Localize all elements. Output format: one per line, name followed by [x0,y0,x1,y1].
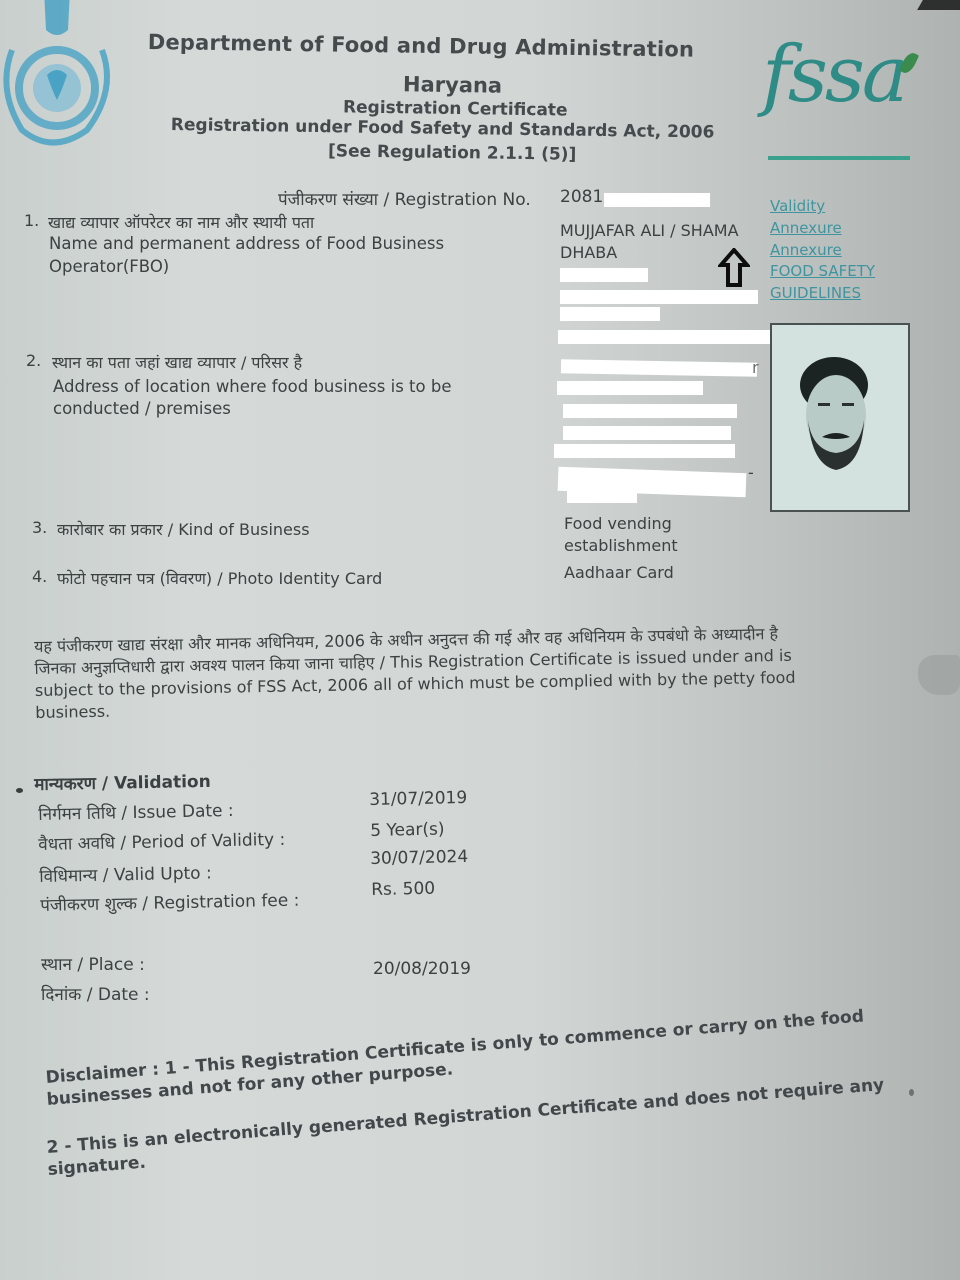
registration-fee-label: पंजीकरण शुल्क / Registration fee : [40,888,300,916]
field-1-label-en: Name and permanent address of Food Busin… [49,234,444,253]
disclaimer-line-1: Disclaimer : 1 - This Registration Certi… [45,1006,865,1087]
fssa-logo: fssa [762,30,905,120]
registration-fee-value: Rs. 500 [371,879,435,900]
redaction-block [567,490,637,503]
redaction-block [604,193,710,207]
redaction-block [560,307,660,321]
fbo-photo [770,323,910,512]
field-4-number: 4. [32,567,47,586]
registration-label: पंजीकरण संख्या / Registration No. [278,187,531,210]
guidelines-link[interactable]: GUIDELINES [770,284,861,302]
redaction-block [561,359,757,376]
ink-mark [909,1089,914,1096]
redaction-block [554,444,735,458]
validity-link[interactable]: Validity [770,197,825,215]
field-3-label: कारोबार का प्रकार / Kind of Business [57,518,310,540]
notice-paragraph: यह पंजीकरण खाद्य संरक्षा और मानक अधिनियम… [34,623,796,724]
field-3-number: 3. [32,518,47,537]
validity-period-value: 5 Year(s) [370,819,445,841]
paper-stain [918,655,960,695]
date-value: 20/08/2019 [373,959,471,979]
issue-date-value: 31/07/2019 [369,788,467,810]
registration-number: 2081 [560,187,603,207]
act-line: Registration under Food Safety and Stand… [171,115,715,143]
field-2-label-hi: स्थान का पता जहां खाद्य व्यापार / परिसर … [52,351,302,373]
field-2-number: 2. [26,351,41,370]
issue-date-label: निर्गमन तिथि / Issue Date : [38,798,234,825]
department-title: Department of Food and Drug Administrati… [148,30,695,62]
field-2-label-en-2: conducted / premises [53,399,231,418]
person-photo-icon [772,325,908,510]
redaction-block [560,268,648,282]
fbo-name-2: DHABA [560,243,617,262]
regulation-line: [See Regulation 2.1.1 (5)] [328,141,577,164]
field-2-label-en: Address of location where food business … [53,377,451,396]
photo-shadow [917,0,960,10]
business-kind: Food vending [564,514,672,533]
address-dash: - [748,463,754,482]
state-title: Haryana [403,72,502,97]
date-label: दिनांक / Date : [41,982,150,1005]
redaction-block [558,330,770,344]
ink-mark [16,788,23,793]
field-1-label-en-2: Operator(FBO) [49,257,169,276]
address-residual: r [752,358,759,377]
fbo-name: MUJJAFAR ALI / SHAMA [560,221,739,240]
photo-id-type: Aadhaar Card [564,563,674,582]
redaction-block [560,290,758,304]
field-1-label-hi: खाद्य व्यापार ऑपरेटर का नाम और स्थायी पत… [48,211,314,233]
fssa-underline [768,156,910,160]
redaction-block [557,381,703,395]
field-4-label: फोटो पहचान पत्र (विवरण) / Photo Identity… [57,567,382,589]
haryana-emblem-icon [0,0,122,155]
place-label: स्थान / Place : [41,952,145,975]
field-1-number: 1. [24,211,39,230]
up-arrow-icon [718,248,750,288]
validity-period-label: वैधता अवधि / Period of Validity : [38,827,285,855]
redaction-block [563,404,737,418]
business-kind-2: establishment [564,536,678,555]
annexure-link-1[interactable]: Annexure [770,219,842,237]
validation-heading: मान्यकरण / Validation [34,769,211,795]
valid-upto-label: विधिमान्य / Valid Upto : [39,860,212,887]
redaction-block [563,426,731,440]
valid-upto-value: 30/07/2024 [370,847,468,869]
annexure-link-2[interactable]: Annexure [770,241,842,259]
food-safety-link[interactable]: FOOD SAFETY [770,262,875,280]
